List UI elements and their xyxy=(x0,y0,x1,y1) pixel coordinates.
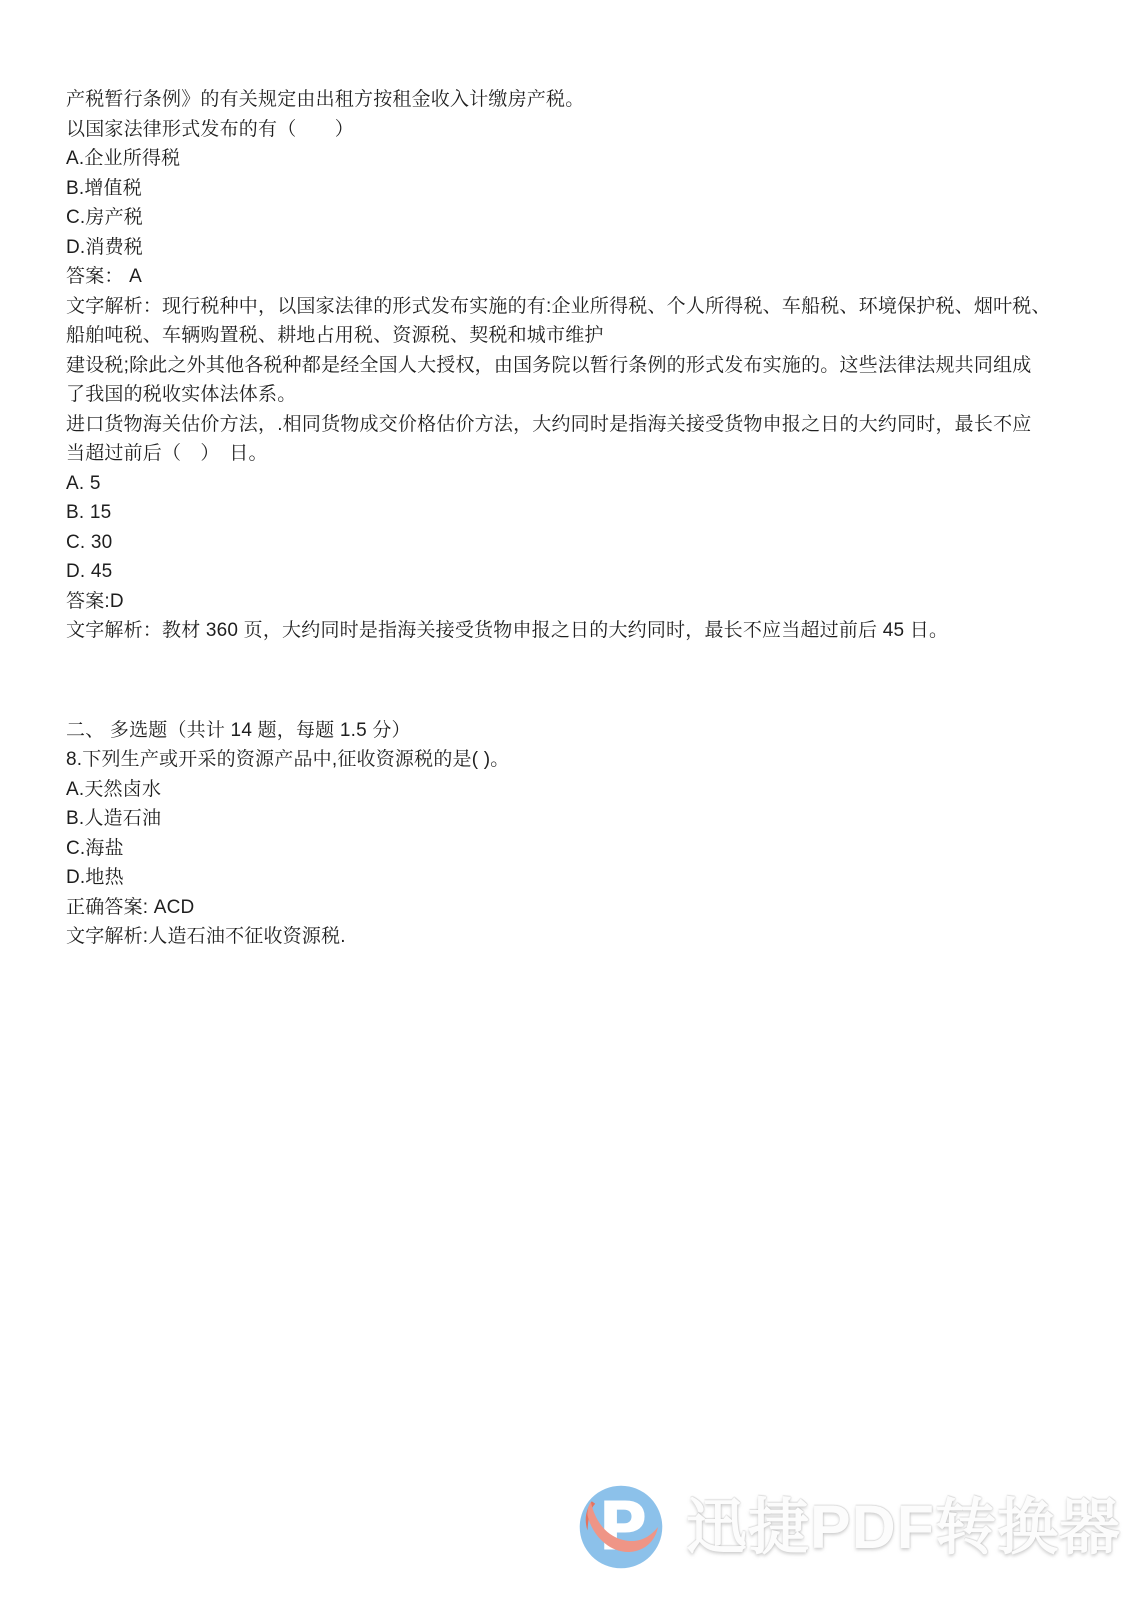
q-taxlaw-analysis-line-2: 船舶吨税、车辆购置税、耕地占用税、资源税、契税和城市维护 xyxy=(66,321,1070,351)
q8-answer: 正确答案: ACD xyxy=(66,893,1070,923)
svg-text:P: P xyxy=(598,1487,647,1565)
q-customs-option-c: C. 30 xyxy=(66,528,1070,558)
q8-option-b: B.人造石油 xyxy=(66,804,1070,834)
q-customs-answer: 答案:D xyxy=(66,587,1070,617)
q-customs-option-b: B. 15 xyxy=(66,498,1070,528)
q-taxlaw-option-b: B.增值税 xyxy=(66,174,1070,204)
xunjie-pdf-converter-logo-icon: P xyxy=(578,1484,664,1570)
q8-option-c: C.海盐 xyxy=(66,834,1070,864)
section2-heading: 二、 多选题（共计 14 题，每题 1.5 分） xyxy=(66,716,1070,746)
watermark-brand-text: 迅捷PDF转换器 xyxy=(686,1497,1121,1558)
q-customs-analysis: 文字解析：教材 360 页，大约同时是指海关接受货物申报之日的大约同时，最长不应… xyxy=(66,616,1070,646)
carryover-line-1: 产税暂行条例》的有关规定由出租方按租金收入计缴房产税。 xyxy=(66,85,1070,115)
q-taxlaw-analysis-line-4: 了我国的税收实体法体系。 xyxy=(66,380,1070,410)
q-customs-option-a: A. 5 xyxy=(66,469,1070,499)
watermark: P 迅捷PDF转换器 xyxy=(578,1484,1121,1570)
q-customs-option-d: D. 45 xyxy=(66,557,1070,587)
q-taxlaw-analysis-line-3: 建设税;除此之外其他各税种都是经全国人大授权，由国务院以暂行条例的形式发布实施的… xyxy=(66,351,1070,381)
q-taxlaw-answer: 答案： A xyxy=(66,262,1070,292)
section-gap xyxy=(66,646,1070,716)
q-taxlaw-option-d: D.消费税 xyxy=(66,233,1070,263)
q-customs-stem-line-2: 当超过前后（ ） 日。 xyxy=(66,439,1070,469)
q-taxlaw-option-c: C.房产税 xyxy=(66,203,1070,233)
carryover-line-2: 以国家法律形式发布的有（ ） xyxy=(66,115,1070,145)
q8-option-a: A.天然卤水 xyxy=(66,775,1070,805)
q8-option-d: D.地热 xyxy=(66,863,1070,893)
document-content: 产税暂行条例》的有关规定由出租方按租金收入计缴房产税。 以国家法律形式发布的有（… xyxy=(66,85,1070,952)
q-taxlaw-option-a: A.企业所得税 xyxy=(66,144,1070,174)
q-taxlaw-analysis-line-1: 文字解析：现行税种中，以国家法律的形式发布实施的有:企业所得税、个人所得税、车船… xyxy=(66,292,1070,322)
q8-analysis: 文字解析:人造石油不征收资源税. xyxy=(66,922,1070,952)
q-customs-stem-line-1: 进口货物海关估价方法，.相同货物成交价格估价方法，大约同时是指海关接受货物申报之… xyxy=(66,410,1070,440)
q8-stem: 8.下列生产或开采的资源产品中,征收资源税的是( )。 xyxy=(66,745,1070,775)
